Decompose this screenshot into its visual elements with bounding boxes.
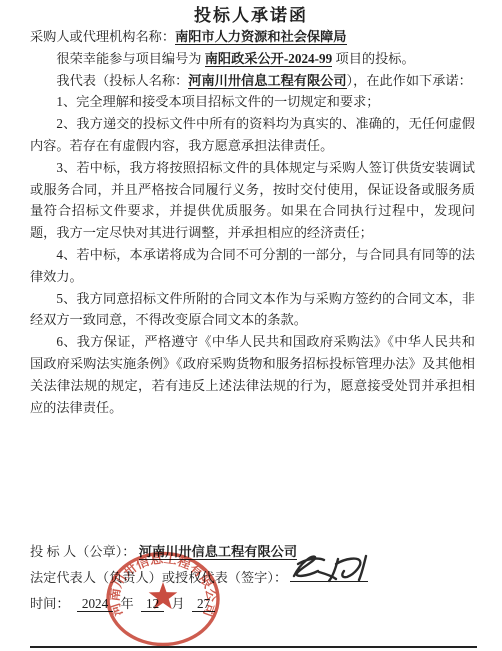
signature-strokes (294, 556, 366, 581)
signature-underline (290, 568, 368, 582)
date-label: 时间： (30, 596, 70, 611)
paragraph: 采购人或代理机构名称：南阳市人力资源和社会保障局 (30, 26, 475, 48)
seal-star-icon (149, 582, 178, 609)
paragraph: 5、我方同意招标文件所附的合同文本作为与采购方签约的合同文本，非经双方一致同意，… (30, 288, 475, 332)
paragraph: 4、若中标，本承诺将成为合同不可分割的一部分，与合同具有同等的法律效力。 (30, 244, 475, 288)
emphasized-value: 南阳政采公开-2024-99 (205, 51, 332, 67)
page-bottom-border (30, 646, 477, 648)
document-page: 投标人承诺函 采购人或代理机构名称：南阳市人力资源和社会保障局很荣幸能参与项目编… (0, 0, 502, 651)
body-text-run: 4、若中标，本承诺将成为合同不可分割的一部分，与合同具有同等的法律效力。 (30, 247, 475, 284)
handwritten-signature (286, 550, 378, 584)
page-title: 投标人承诺函 (0, 1, 502, 26)
document-body: 采购人或代理机构名称：南阳市人力资源和社会保障局很荣幸能参与项目编号为 南阳政采… (30, 26, 475, 418)
emphasized-value: 河南川卅信息工程有限公司 (188, 73, 346, 89)
paragraph: 6、我方保证，严格遵守《中华人民共和国政府采购法》《中华人民共和国政府采购法实施… (30, 331, 475, 418)
paragraph: 2、我方递交的投标文件中所有的资料均为真实的、准确的，无任何虚假内容。若存在有虚… (30, 113, 475, 157)
paragraph: 我代表（投标人名称：河南川卅信息工程有限公司），在此作如下承诺： (30, 70, 475, 92)
company-seal: 河南川卅信息工程有限公司 (104, 546, 222, 651)
body-text-run: 1、完全理解和接受本项目招标文件的一切规定和要求； (56, 94, 379, 109)
emphasized-value: 南阳市人力资源和社会保障局 (175, 29, 346, 45)
body-text-run: 采购人或代理机构名称： (30, 29, 175, 44)
paragraph: 1、完全理解和接受本项目招标文件的一切规定和要求； (30, 91, 475, 113)
body-text-run: ），在此作如下承诺： (347, 73, 472, 88)
body-text-run: 6、我方保证，严格遵守《中华人民共和国政府采购法》《中华人民共和国政府采购法实施… (30, 334, 475, 414)
body-text-run: 项目的投标。 (332, 51, 414, 66)
body-text-run: 5、我方同意招标文件所附的合同文本作为与采购方签约的合同文本，非经双方一致同意，… (30, 291, 475, 328)
body-text-run: 很荣幸能参与项目编号为 (56, 51, 204, 66)
paragraph: 3、若中标，我方将按照招标文件的具体规定与采购人签订供货安装调试或服务合同，并且… (30, 157, 475, 244)
body-text-run: 我代表（投标人名称： (56, 73, 188, 88)
body-text-run: 3、若中标，我方将按照招标文件的具体规定与采购人签订供货安装调试或服务合同，并且… (30, 160, 475, 240)
paragraph: 很荣幸能参与项目编号为 南阳政采公开-2024-99 项目的投标。 (30, 48, 475, 70)
body-text-run: 2、我方递交的投标文件中所有的资料均为真实的、准确的，无任何虚假内容。若存在有虚… (30, 116, 475, 153)
